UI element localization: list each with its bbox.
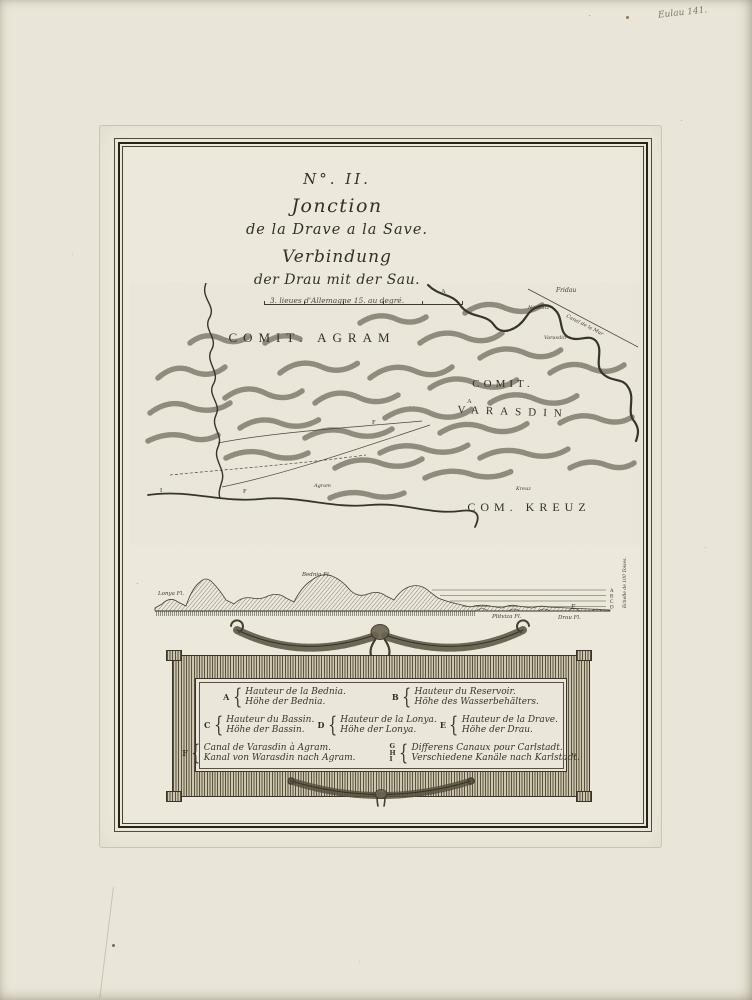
paper-crease	[99, 887, 132, 1000]
legend-fr: Differens Canaux pour Carlstadt.	[412, 743, 580, 754]
map-area: COMIT. AGRAM COMIT. VARASDIN COM. KREUZ …	[130, 283, 640, 545]
brace-glyph: {	[214, 713, 223, 737]
legend-fr: Hauteur de la Lonya.	[340, 715, 436, 726]
label-bednia-fl: Bednia Fl.	[301, 572, 331, 578]
map-letter: F	[372, 419, 376, 426]
brace-glyph: {	[233, 685, 242, 709]
legend-entry-A: A { Hauteur de la Bednia. Höhe der Bedni…	[223, 685, 346, 709]
legend-key: E	[440, 720, 447, 730]
legend-fr: Hauteur du Bassin.	[226, 715, 314, 726]
svg-text:B: B	[610, 595, 614, 600]
label-lonya-fl: Lonya Fl.	[157, 591, 184, 597]
cartouche-corner-tab	[166, 650, 182, 661]
svg-text:A: A	[610, 589, 614, 594]
handwritten-corner-mark: Eulau 141.	[658, 5, 708, 20]
title-french-line1: Jonction	[203, 195, 471, 217]
label-varasdin-town: Varasdin	[544, 335, 566, 341]
legend-fr: Hauteur de la Drave.	[462, 715, 558, 726]
label-e-point: E	[570, 604, 576, 611]
cartouche-corner-tab	[576, 791, 592, 802]
legend-entry-D: D { Hauteur de la Lonya. Höhe der Lonya.	[317, 713, 436, 737]
map-number: N°. II.	[203, 170, 471, 188]
label-kreuz-town: Kreuz	[515, 486, 531, 492]
title-french-line2: de la Drave a la Save.	[203, 222, 471, 238]
legend-key: B	[392, 692, 399, 702]
legend-key: A	[223, 692, 230, 702]
legend-entry-E: E { Hauteur de la Drave. Höhe der Drau.	[440, 713, 558, 737]
title-german-line1: Verbindung	[203, 247, 471, 267]
legend-de: Höhe des Wasserbehälters.	[414, 697, 538, 708]
cartouche-corner-tab	[166, 791, 182, 802]
legend-de: Höhe der Lonya.	[340, 725, 436, 736]
map-letter: I	[160, 487, 162, 494]
brace-glyph: {	[402, 685, 411, 709]
legend-fr: Canal de Varasdin à Agram.	[204, 743, 356, 754]
svg-text:C: C	[610, 600, 614, 605]
legend-key: D	[317, 720, 324, 730]
legend-row-1: A { Hauteur de la Bednia. Höhe der Bedni…	[202, 685, 560, 709]
brace-glyph: {	[328, 713, 337, 737]
cartouche-corner-tab	[576, 650, 592, 661]
legend-key: F	[182, 748, 188, 758]
legend-row-3: F { Canal de Varasdin à Agram. Kanal von…	[202, 741, 560, 765]
brace-glyph: {	[191, 741, 200, 765]
legend-row-2: C { Hauteur du Bassin. Höhe der Bassin. …	[202, 713, 560, 737]
legend-entry-C: C { Hauteur du Bassin. Höhe der Bassin.	[204, 713, 314, 737]
legend-key-stack: G H I	[389, 743, 396, 763]
label-drau-fl: Drau Fl.	[557, 615, 581, 621]
brace-glyph: {	[449, 713, 458, 737]
map-letter: F	[243, 488, 247, 495]
profile-level-letters: A B C D	[610, 589, 614, 611]
map-letter: A	[467, 398, 472, 405]
map-letter: A	[441, 288, 446, 295]
legend-de: Höhe der Bednia.	[245, 697, 346, 708]
label-fridau: Fridau	[555, 287, 576, 294]
garland-bottom	[283, 776, 479, 810]
legend-panel: A { Hauteur de la Bednia. Höhe der Bedni…	[195, 678, 567, 772]
label-com-kreuz: COM. KREUZ	[467, 500, 590, 514]
legend-key: C	[204, 720, 211, 730]
brace-glyph: {	[399, 741, 408, 765]
legend-de: Höhe der Bassin.	[226, 725, 314, 736]
label-comit: COMIT.	[472, 378, 533, 390]
legend-entry-GHI: G H I { Differens Canaux pour Carlstadt.…	[389, 741, 579, 765]
legend-fr: Hauteur de la Bednia.	[245, 687, 346, 698]
foxing-spots	[0, 0, 3, 3]
legend-de: Kanal von Warasdin nach Agram.	[204, 753, 356, 764]
profile-scale-note: Echelle de 100 Toises.	[622, 557, 628, 609]
legend-entry-B: B { Hauteur du Reservoir. Höhe des Wasse…	[392, 685, 539, 709]
label-comit-agram: COMIT. AGRAM	[228, 330, 395, 345]
legend-fr: Hauteur du Reservoir.	[414, 687, 538, 698]
label-agram-town: Agram	[313, 483, 331, 489]
label-nedelitz: Nedelitz	[527, 305, 550, 311]
legend-de: Verschiedene Kanäle nach Karlstadt.	[412, 753, 580, 764]
legend-entry-F: F { Canal de Varasdin à Agram. Kanal von…	[182, 741, 355, 765]
legend-de: Höhe der Drau.	[462, 725, 558, 736]
svg-text:D: D	[610, 606, 614, 611]
